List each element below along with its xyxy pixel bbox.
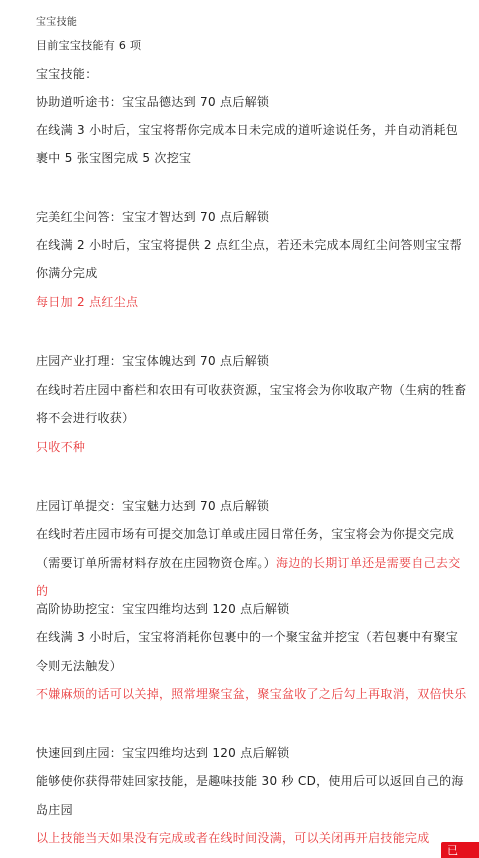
skill-5-desc: 在线满 3 小时后，宝宝将消耗你包裹中的一个聚宝盆并挖宝（若包裹中有聚宝 [36,629,458,645]
doc-title: 宝宝技能 [36,15,77,31]
skill-1-desc: 裹中 5 张宝图完成 5 次挖宝 [36,150,191,166]
skill-4-desc: （需要订单所需材料存放在庄园物资仓库。） [36,556,276,570]
skill-2-desc: 在线满 2 小时后，宝宝将提供 2 点红尘点，若还未完成本周红尘问答则宝宝帮 [36,237,462,253]
skill-4-title: 庄园订单提交：宝宝魅力达到 70 点后解锁 [36,498,269,514]
skill-6-desc: 岛庄园 [36,802,73,818]
skill-4-note: 海边的长期订单还是需要自己去交 [276,556,461,570]
skill-4-desc-line2: （需要订单所需材料存放在庄园物资仓库。）海边的长期订单还是需要自己去交 [36,555,461,571]
skill-3-title: 庄园产业打理：宝宝体魄达到 70 点后解锁 [36,353,269,369]
skill-2-desc: 你满分完成 [36,265,98,281]
corner-badge[interactable]: 已 [441,842,479,858]
skill-3-desc: 在线时若庄园中畜栏和农田有可收获资源，宝宝将会为你收取产物（生病的牲畜 [36,382,467,398]
skill-2-note: 每日加 2 点红尘点 [36,294,138,310]
skill-6-desc: 能够使你获得带娃回家技能，是趣味技能 30 秒 CD，使用后可以返回自己的海 [36,773,464,789]
skill-5-note: 不嫌麻烦的话可以关掉，照常埋聚宝盆，聚宝盆收了之后勾上再取消，双倍快乐 [36,686,467,702]
skill-4-note-wrap: 的 [36,583,48,599]
section-header: 宝宝技能： [36,66,98,82]
skill-1-desc: 在线满 3 小时后，宝宝将帮你完成本日未完成的道听途说任务，并自动消耗包 [36,122,458,138]
footer-note: 以上技能当天如果没有完成或者在线时间没满，可以关闭再开启技能完成 [36,830,430,846]
skill-1-title: 协助道听途书：宝宝品德达到 70 点后解锁 [36,94,269,110]
skill-5-desc: 令则无法触发） [36,658,122,674]
skill-count-summary: 目前宝宝技能有 6 项 [36,38,141,54]
skill-2-title: 完美红尘问答：宝宝才智达到 70 点后解锁 [36,209,269,225]
skill-3-note: 只收不种 [36,439,85,455]
skill-6-title: 快速回到庄园：宝宝四维均达到 120 点后解锁 [36,745,289,761]
skill-5-title: 高阶协助挖宝：宝宝四维均达到 120 点后解锁 [36,601,289,617]
skill-4-desc: 在线时若庄园市场有可提交加急订单或庄园日常任务，宝宝将会为你提交完成 [36,526,454,542]
skill-3-desc: 将不会进行收获） [36,410,134,426]
